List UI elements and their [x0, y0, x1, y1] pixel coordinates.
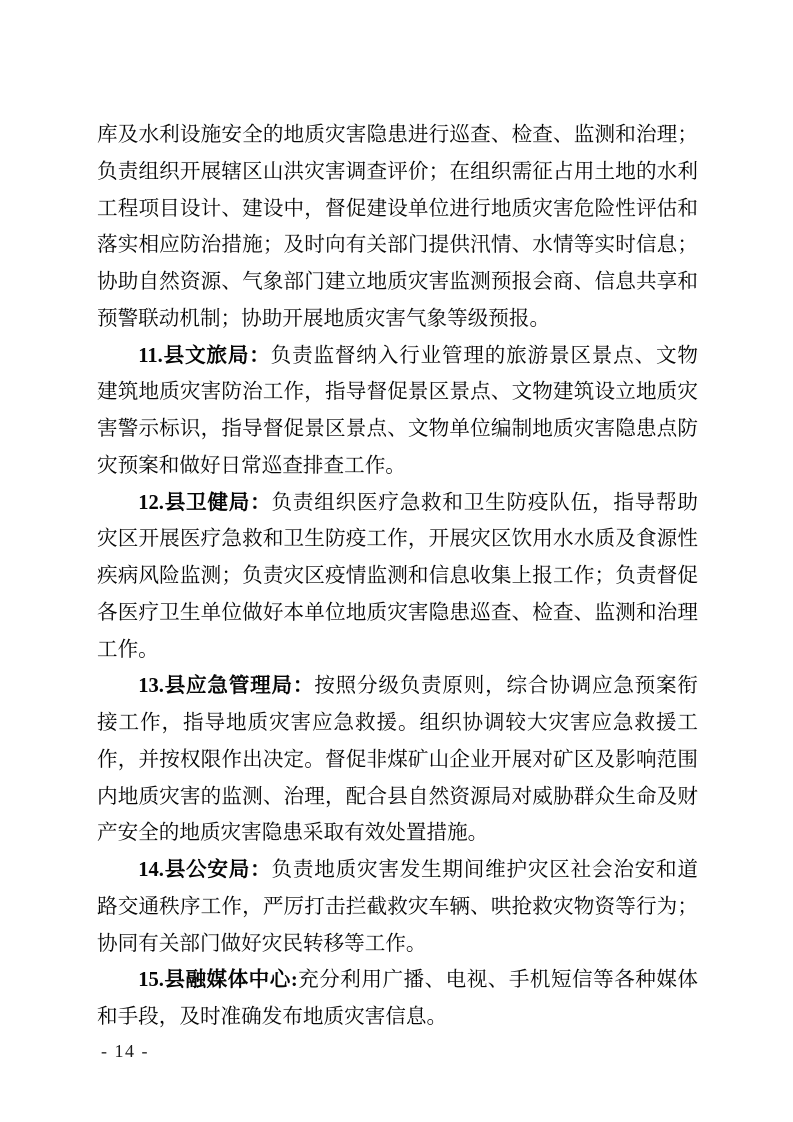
item-12-label: 12.县卫健局：	[138, 492, 271, 514]
item-11-paragraph: 11.县文旅局：负责监督纳入行业管理的旅游景区景点、文物建筑地质灾害防治工作，指…	[97, 338, 698, 485]
item-15-paragraph: 15.县融媒体中心:充分利用广播、电视、手机短信等各种媒体和手段，及时准确发布地…	[97, 962, 698, 1036]
page-number: - 14 -	[101, 1040, 149, 1062]
item-14-paragraph: 14.县公安局：负责地质灾害发生期间维护灾区社会治安和道路交通秩序工作，严厉打击…	[97, 852, 698, 962]
document-page: 库及水利设施安全的地质灾害隐患进行巡查、检查、监测和治理；负责组织开展辖区山洪灾…	[0, 0, 793, 1122]
item-12-body: 负责组织医疗急救和卫生防疫队伍，指导帮助灾区开展医疗急救和卫生防疫工作，开展灾区…	[97, 492, 698, 661]
item-12-paragraph: 12.县卫健局：负责组织医疗急救和卫生防疫队伍，指导帮助灾区开展医疗急救和卫生防…	[97, 485, 698, 669]
item-13-body: 按照分级负责原则，综合协调应急预案衔接工作，指导地质灾害应急救援。组织协调较大灾…	[97, 675, 698, 844]
item-14-label: 14.县公安局：	[138, 859, 271, 881]
document-body: 库及水利设施安全的地质灾害隐患进行巡查、检查、监测和治理；负责组织开展辖区山洪灾…	[97, 117, 698, 1036]
item-13-paragraph: 13.县应急管理局：按照分级负责原则，综合协调应急预案衔接工作，指导地质灾害应急…	[97, 668, 698, 852]
item-11-label: 11.县文旅局：	[138, 345, 270, 367]
item-15-label: 15.县融媒体中心:	[138, 969, 298, 991]
continuation-paragraph: 库及水利设施安全的地质灾害隐患进行巡查、检查、监测和治理；负责组织开展辖区山洪灾…	[97, 117, 698, 338]
item-13-label: 13.县应急管理局：	[138, 675, 314, 697]
